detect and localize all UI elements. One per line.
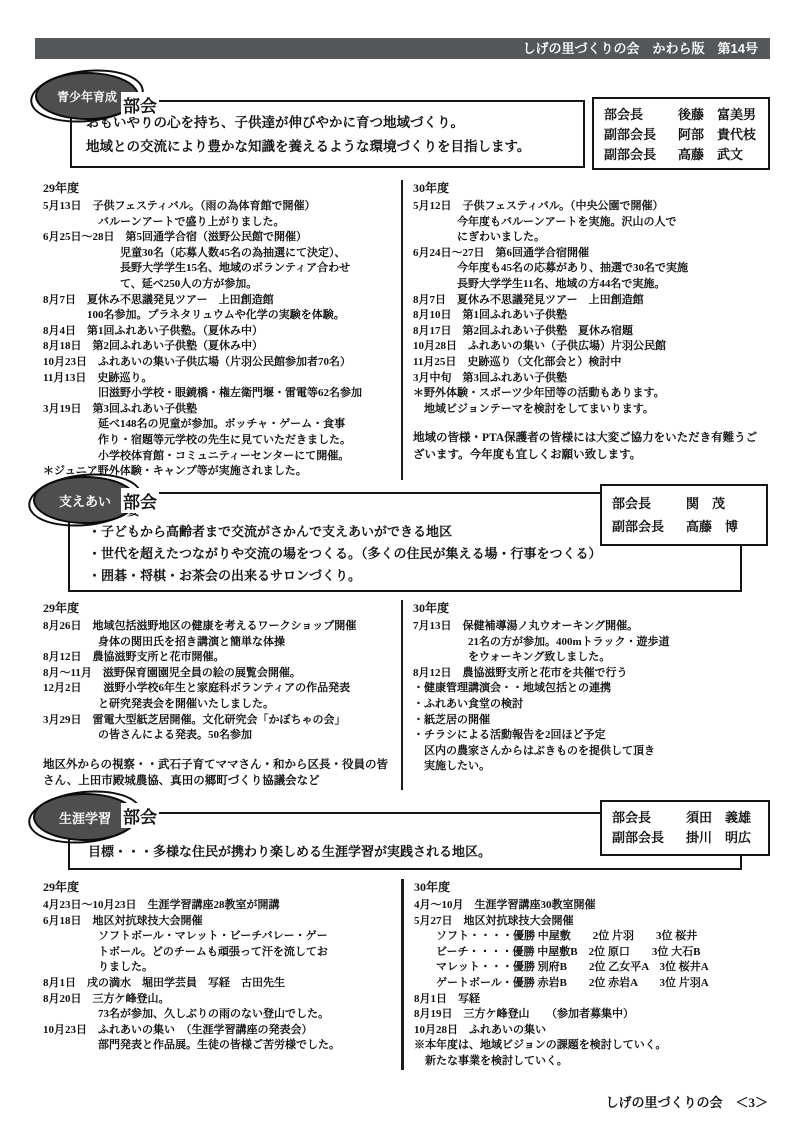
section-youth-development: 青少年育成 部会 おもいやりの心を持ち、子供達が伸びやかに育つ地域づくり。地域と… bbox=[35, 70, 770, 472]
mission-line: おもいやりの心を持ち、子供達が伸びやかに育つ地域づくり。 bbox=[86, 111, 583, 135]
activity-line: トボール。どのチームも頑張って汗を流してお bbox=[43, 945, 401, 961]
activity-line: 8月～11月 滋野保育園園児全員の絵の展覧会開催。 bbox=[43, 666, 401, 682]
section-title-suffix: 部会 bbox=[121, 92, 159, 117]
officer-row: 部会長 後藤 富美男 bbox=[604, 105, 762, 125]
officer-role: 副部会長 bbox=[604, 125, 678, 145]
officer-role: 副部会長 bbox=[604, 145, 678, 165]
activity-line: ＊野外体験・スポーツ少年団等の活動もあります。 bbox=[413, 386, 770, 402]
activity-line: 11月13日 史跡巡り。 bbox=[43, 371, 401, 387]
officer-role: 副部会長 bbox=[612, 515, 686, 538]
activity-line: 12月2日 滋野小学校6年生と家庭科ボランティアの作品発表 bbox=[43, 681, 401, 697]
officer-name: 阿部 貴代枝 bbox=[678, 125, 762, 145]
activity-line: 8月17日 第2回ふれあい子供塾 夏休み宿題 bbox=[413, 324, 770, 340]
officer-name: 後藤 富美男 bbox=[678, 105, 762, 125]
activity-line: 今年度も45名の応募があり、抽選で30名で実施 bbox=[413, 261, 770, 277]
fy30-column: 30年度 7月13日 保健補導湯ノ丸ウオーキング開催。 21名の方が参加。400… bbox=[401, 600, 770, 790]
activity-line: 73名が参加、久しぶりの雨のない登山でした。 bbox=[43, 1007, 401, 1023]
fiscal-year-heading: 29年度 bbox=[43, 180, 401, 196]
activity-list: 5月12日 子供フェスティバル。（中央公園で開催） 今年度もバルーンアートを実施… bbox=[413, 199, 770, 417]
newsletter-title: しげの里づくりの会 かわら版 第14号 bbox=[523, 41, 758, 56]
activity-line: 8月18日 第2回ふれあい子供塾（夏休み中） bbox=[43, 339, 401, 355]
activity-line: 新たな事業を検討していく。 bbox=[414, 1054, 770, 1070]
activity-line: 5月13日 子供フェスティバル。（雨の為体育館で開催） bbox=[43, 199, 401, 215]
activity-list: 8月26日 地域包括滋野地区の健康を考えるワークショップ開催 身体の関田氏を招き… bbox=[43, 619, 401, 744]
note-paragraph: 地区外からの視察・・武石子育てママさん・和から区長・役員の皆さん、上田市殿城農協… bbox=[43, 757, 401, 790]
activity-line: 11月25日 史跡巡り（文化部会と）検討中 bbox=[413, 355, 770, 371]
officer-rows: 部会長 後藤 富美男 副部会長 阿部 貴代枝 副部会長 高藤 武文 bbox=[604, 105, 762, 165]
activity-line: ・紙芝居の開催 bbox=[413, 713, 770, 729]
activity-line: 10月28日 ふれあいの集い（子供広場）片羽公民館 bbox=[413, 339, 770, 355]
officer-name: 掛川 明広 bbox=[686, 828, 762, 848]
activity-line: ・健康管理講演会・・地域包括との連携 bbox=[413, 681, 770, 697]
officer-name: 須田 義雄 bbox=[686, 808, 762, 828]
activity-line: 延べ148名の児童が参加。ボッチャ・ゲーム・食事 bbox=[43, 417, 401, 433]
activity-line: 6月18日 地区対抗球技大会開催 bbox=[43, 914, 401, 930]
activity-line: 8月4日 第1回ふれあい子供塾。（夏休み中） bbox=[43, 324, 401, 340]
activity-line: 5月12日 子供フェスティバル。（中央公園で開催） bbox=[413, 199, 770, 215]
activity-line: 10月28日 ふれあいの集い bbox=[414, 1023, 770, 1039]
activity-line: りました。 bbox=[43, 960, 401, 976]
officer-role: 部会長 bbox=[604, 105, 678, 125]
activity-line: 8月7日 夏休み不思議発見ツアー 上田創造館 bbox=[413, 293, 770, 309]
activity-line: をウォーキング致しました。 bbox=[413, 650, 770, 666]
activity-line: ・チラシによる活動報告を2回ほど予定 bbox=[413, 728, 770, 744]
activity-line: 地域ビジョンテーマを検討をしてまいります。 bbox=[413, 402, 770, 418]
activity-line: 今年度もバルーンアートを実施。沢山の人で bbox=[413, 215, 770, 231]
header-bar: しげの里づくりの会 かわら版 第14号 bbox=[35, 38, 770, 59]
activity-line: 21名の方が参加。400mトラック・遊歩道 bbox=[413, 635, 770, 651]
section-mutual-support: 支えあい 部会 目指す姿 ・子どもから高齢者まで交流がさかんで支えあいができる地… bbox=[35, 476, 770, 790]
activity-line: ゲートボール・優勝 赤岩B 2位 赤岩A 3位 片羽A bbox=[414, 976, 770, 992]
activity-line: 区内の農家さんからはぶきものを提供して頂き bbox=[413, 744, 770, 760]
activity-line: 3月19日 第3回ふれあい子供塾 bbox=[43, 402, 401, 418]
activity-line: 8月1日 戌の満水 堀田学芸員 写経 古田先生 bbox=[43, 976, 401, 992]
footer-text: しげの里づくりの会 ＜3＞ bbox=[605, 1092, 768, 1111]
fiscal-year-heading: 29年度 bbox=[43, 600, 401, 616]
section-title-suffix: 部会 bbox=[121, 803, 159, 828]
section-lifelong-learning: 生涯学習 部会 目標・・・多様な住民が携わり楽しめる生涯学習が実践される地区。 … bbox=[35, 793, 770, 1085]
activity-line: にぎわいました。 bbox=[413, 230, 770, 246]
activity-line: 児童30名（応募人数45名の為抽選にて決定）、 bbox=[43, 246, 401, 262]
officer-role: 副部会長 bbox=[612, 828, 686, 848]
activity-line: 作り・宿題等元学校の先生に見ていただきました。 bbox=[43, 433, 401, 449]
activity-line: 10月23日 ふれあいの集い （生涯学習講座の発表会） bbox=[43, 1023, 401, 1039]
fy29-column: 29年度 5月13日 子供フェスティバル。（雨の為体育館で開催） バルーンアート… bbox=[35, 180, 401, 480]
activity-line: 8月10日 第1回ふれあい子供塾 bbox=[413, 308, 770, 324]
activity-line: 5月27日 地区対抗球技大会開催 bbox=[414, 914, 770, 930]
officer-role: 部会長 bbox=[612, 492, 686, 515]
activity-line: 100名参加。プラネタリュウムや化学の実験を体験。 bbox=[43, 308, 401, 324]
activity-list: 4月～10月 生涯学習講座30教室開催5月27日 地区対抗球技大会開催 ソフト・… bbox=[414, 898, 770, 1070]
officer-row: 部会長 須田 義雄 bbox=[612, 808, 762, 828]
activity-line: 8月7日 夏休み不思議発見ツアー 上田創造館 bbox=[43, 293, 401, 309]
activity-line: 部門発表と作品展。生徒の皆様ご苦労様でした。 bbox=[43, 1038, 401, 1054]
activity-list: 7月13日 保健補導湯ノ丸ウオーキング開催。 21名の方が参加。400mトラック… bbox=[413, 619, 770, 775]
activity-line: 8月12日 農協滋野支所と花市開催。 bbox=[43, 650, 401, 666]
section-title-suffix: 部会 bbox=[121, 488, 159, 513]
mission-line: ・囲碁・将棋・お茶会の出来るサロンづくり。 bbox=[88, 565, 740, 587]
fy29-column: 29年度 4月23日～10月23日 生涯学習講座28教室が開講6月18日 地区対… bbox=[35, 879, 401, 1070]
activity-line: 8月20日 三方ケ峰登山。 bbox=[43, 992, 401, 1008]
activity-line: 3月中旬 第3回ふれあい子供塾 bbox=[413, 371, 770, 387]
activity-line: て、延べ250人の方が参加。 bbox=[43, 277, 401, 293]
activity-line: 8月1日 写経 bbox=[414, 992, 770, 1008]
activity-line: ※本年度は、地域ビジョンの課題を検討していく。 bbox=[414, 1038, 770, 1054]
activity-line: 実施したい。 bbox=[413, 759, 770, 775]
activity-line: 4月～10月 生涯学習講座30教室開催 bbox=[414, 898, 770, 914]
fy29-column: 29年度 8月26日 地域包括滋野地区の健康を考えるワークショップ開催 身体の関… bbox=[35, 600, 401, 790]
officer-rows: 部会長 須田 義雄 副部会長 掛川 明広 bbox=[612, 808, 762, 848]
activity-line: 小学校体育館・コミュニティーセンターにて開催。 bbox=[43, 449, 401, 465]
activity-line: 6月24日～27日 第6回通学合宿開催 bbox=[413, 246, 770, 262]
fiscal-year-heading: 30年度 bbox=[413, 180, 770, 196]
newsletter-page: しげの里づくりの会 かわら版 第14号 青少年育成 部会 おもいやりの心を持ち、… bbox=[0, 0, 800, 1138]
officer-name: 高藤 博 bbox=[686, 515, 760, 538]
activity-line: 8月19日 三方ケ峰登山 （参加者募集中） bbox=[414, 1007, 770, 1023]
mission-line: 地域との交流により豊かな知識を養えるような環境づくりを目指します。 bbox=[86, 135, 583, 159]
fiscal-year-heading: 30年度 bbox=[414, 879, 770, 895]
officer-row: 副部会長 掛川 明広 bbox=[612, 828, 762, 848]
officer-box: 部会長 須田 義雄 副部会長 掛川 明広 bbox=[600, 800, 770, 856]
activity-line: バルーンアートで盛り上がりました。 bbox=[43, 215, 401, 231]
fy30-column: 30年度 4月～10月 生涯学習講座30教室開催5月27日 地区対抗球技大会開催… bbox=[401, 879, 770, 1070]
activity-line: 身体の関田氏を招き講演と簡単な体操 bbox=[43, 635, 401, 651]
activity-line: 7月13日 保健補導湯ノ丸ウオーキング開催。 bbox=[413, 619, 770, 635]
activity-line: ビーチ・・・・優勝 中屋敷B 2位 原口 3位 大石B bbox=[414, 945, 770, 961]
two-column-body: 29年度 8月26日 地域包括滋野地区の健康を考えるワークショップ開催 身体の関… bbox=[35, 600, 770, 790]
officer-box: 部会長 後藤 富美男 副部会長 阿部 貴代枝 副部会長 高藤 武文 bbox=[592, 97, 770, 170]
activity-line: ・ふれあい食堂の検討 bbox=[413, 697, 770, 713]
activity-line: ソフト・・・・優勝 中屋敷 2位 片羽 3位 桜井 bbox=[414, 929, 770, 945]
activity-list: 4月23日～10月23日 生涯学習講座28教室が開講6月18日 地区対抗球技大会… bbox=[43, 898, 401, 1054]
mission-line: ・世代を超えたつながりや交流の場をつくる。（多くの住民が集える場・行事をつくる） bbox=[88, 543, 740, 565]
officer-row: 副部会長 高藤 博 bbox=[612, 515, 760, 538]
officer-row: 副部会長 高藤 武文 bbox=[604, 145, 762, 165]
officer-row: 部会長 関 茂 bbox=[612, 492, 760, 515]
activity-line: 旧滋野小学校・眼鏡橋・権左衛門堰・雷電等62名参加 bbox=[43, 386, 401, 402]
activity-line: 3月29日 雷電大型紙芝居開催。文化研究会「かぼちゃの会」 bbox=[43, 713, 401, 729]
activity-line: 8月26日 地域包括滋野地区の健康を考えるワークショップ開催 bbox=[43, 619, 401, 635]
activity-list: 5月13日 子供フェスティバル。（雨の為体育館で開催） バルーンアートで盛り上が… bbox=[43, 199, 401, 480]
fiscal-year-heading: 29年度 bbox=[43, 879, 401, 895]
activity-line: 長野大学学生15名、地域のボランティア合わせ bbox=[43, 261, 401, 277]
officer-rows: 部会長 関 茂 副部会長 高藤 博 bbox=[612, 492, 760, 538]
officer-name: 関 茂 bbox=[686, 492, 760, 515]
activity-line: ソフトボール・マレット・ビーチバレー・ゲー bbox=[43, 929, 401, 945]
activity-line: 10月23日 ふれあいの集い子供広場（片羽公民館参加者70名） bbox=[43, 355, 401, 371]
activity-line: の皆さんによる発表。50名参加 bbox=[43, 728, 401, 744]
officer-name: 高藤 武文 bbox=[678, 145, 762, 165]
officer-box: 部会長 関 茂 副部会長 高藤 博 bbox=[600, 484, 768, 546]
officer-role: 部会長 bbox=[612, 808, 686, 828]
activity-line: 4月23日～10月23日 生涯学習講座28教室が開講 bbox=[43, 898, 401, 914]
mission-lines: おもいやりの心を持ち、子供達が伸びやかに育つ地域づくり。地域との交流により豊かな… bbox=[86, 111, 583, 159]
activity-line: マレット・・・優勝 別府B 2位 乙女平A 3位 桜井A bbox=[414, 960, 770, 976]
fy30-column: 30年度 5月12日 子供フェスティバル。（中央公園で開催） 今年度もバルーンア… bbox=[401, 180, 770, 480]
activity-line: 長野大学学生11名、地域の方44名で実施。 bbox=[413, 277, 770, 293]
note-paragraph: 地域の皆様・PTA保護者の皆様には大変ご協力をいただき有難うございます。今年度も… bbox=[413, 430, 770, 463]
activity-line: 8月12日 農協滋野支所と花市を共催で行う bbox=[413, 666, 770, 682]
two-column-body: 29年度 4月23日～10月23日 生涯学習講座28教室が開講6月18日 地区対… bbox=[35, 879, 770, 1070]
officer-row: 副部会長 阿部 貴代枝 bbox=[604, 125, 762, 145]
fiscal-year-heading: 30年度 bbox=[413, 600, 770, 616]
activity-line: と研究発表会を開催いたしました。 bbox=[43, 697, 401, 713]
two-column-body: 29年度 5月13日 子供フェスティバル。（雨の為体育館で開催） バルーンアート… bbox=[35, 180, 770, 480]
activity-line: 6月25日～28日 第5回通学合宿（滋野公民館で開催） bbox=[43, 230, 401, 246]
